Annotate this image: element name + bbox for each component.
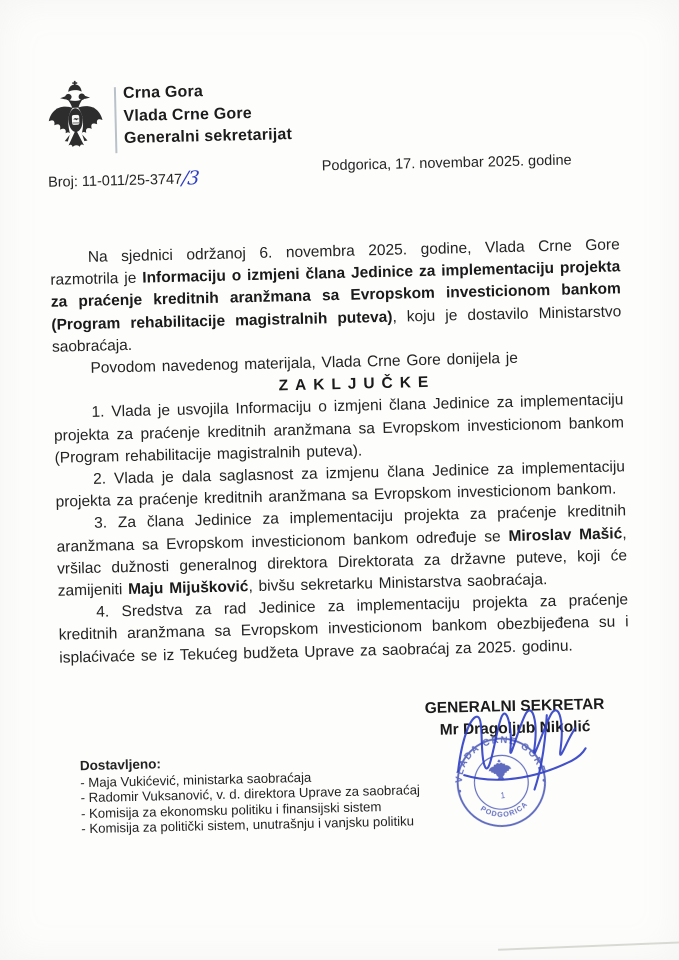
document-number: Broj: 11-011/25-3747/3 xyxy=(48,166,199,192)
document-body: Na sjednici održanoj 6. novembra 2025. g… xyxy=(50,234,630,669)
shield xyxy=(71,114,80,125)
document-number-printed: Broj: 11-011/25-3747 xyxy=(48,172,182,191)
intro-paragraph-1: Na sjednici održanoj 6. novembra 2025. g… xyxy=(50,234,622,358)
conclusion-item-4: 4. Sredstva za rad Jedinice za implement… xyxy=(58,590,629,670)
org-name-block: Crna Gora Vlada Crne Gore Generalni sekr… xyxy=(123,79,293,150)
handwritten-number-suffix: /3 xyxy=(181,167,199,189)
coat-of-arms-icon xyxy=(44,79,108,160)
stamp-city-text: PODGORICA xyxy=(478,799,530,822)
signature-ink-scribble xyxy=(434,697,626,796)
distribution-list: Dostavljeno: - Maja Vukićević, ministark… xyxy=(80,750,421,836)
conclusion-item-3: 3. Za člana Jedinice za implementaciju p… xyxy=(56,501,628,603)
person-name-masic: Miroslav Mašić xyxy=(508,525,622,545)
stamp-city-text-holder: PODGORICA xyxy=(478,799,530,822)
signature-stroke xyxy=(457,709,576,771)
scan-tilt-layer: Crna Gora Vlada Crne Gore Generalni sekr… xyxy=(0,0,679,960)
eagle-silhouette xyxy=(48,80,103,147)
header-divider xyxy=(114,87,118,153)
scanned-document-page: Crna Gora Vlada Crne Gore Generalni sekr… xyxy=(0,0,679,960)
person-name-mijuskovic: Maju Mijušković xyxy=(128,578,249,598)
place-date: Podgorica, 17. novembar 2025. godine xyxy=(322,152,572,174)
org-line-secretariat: Generalni sekretarijat xyxy=(124,124,293,150)
